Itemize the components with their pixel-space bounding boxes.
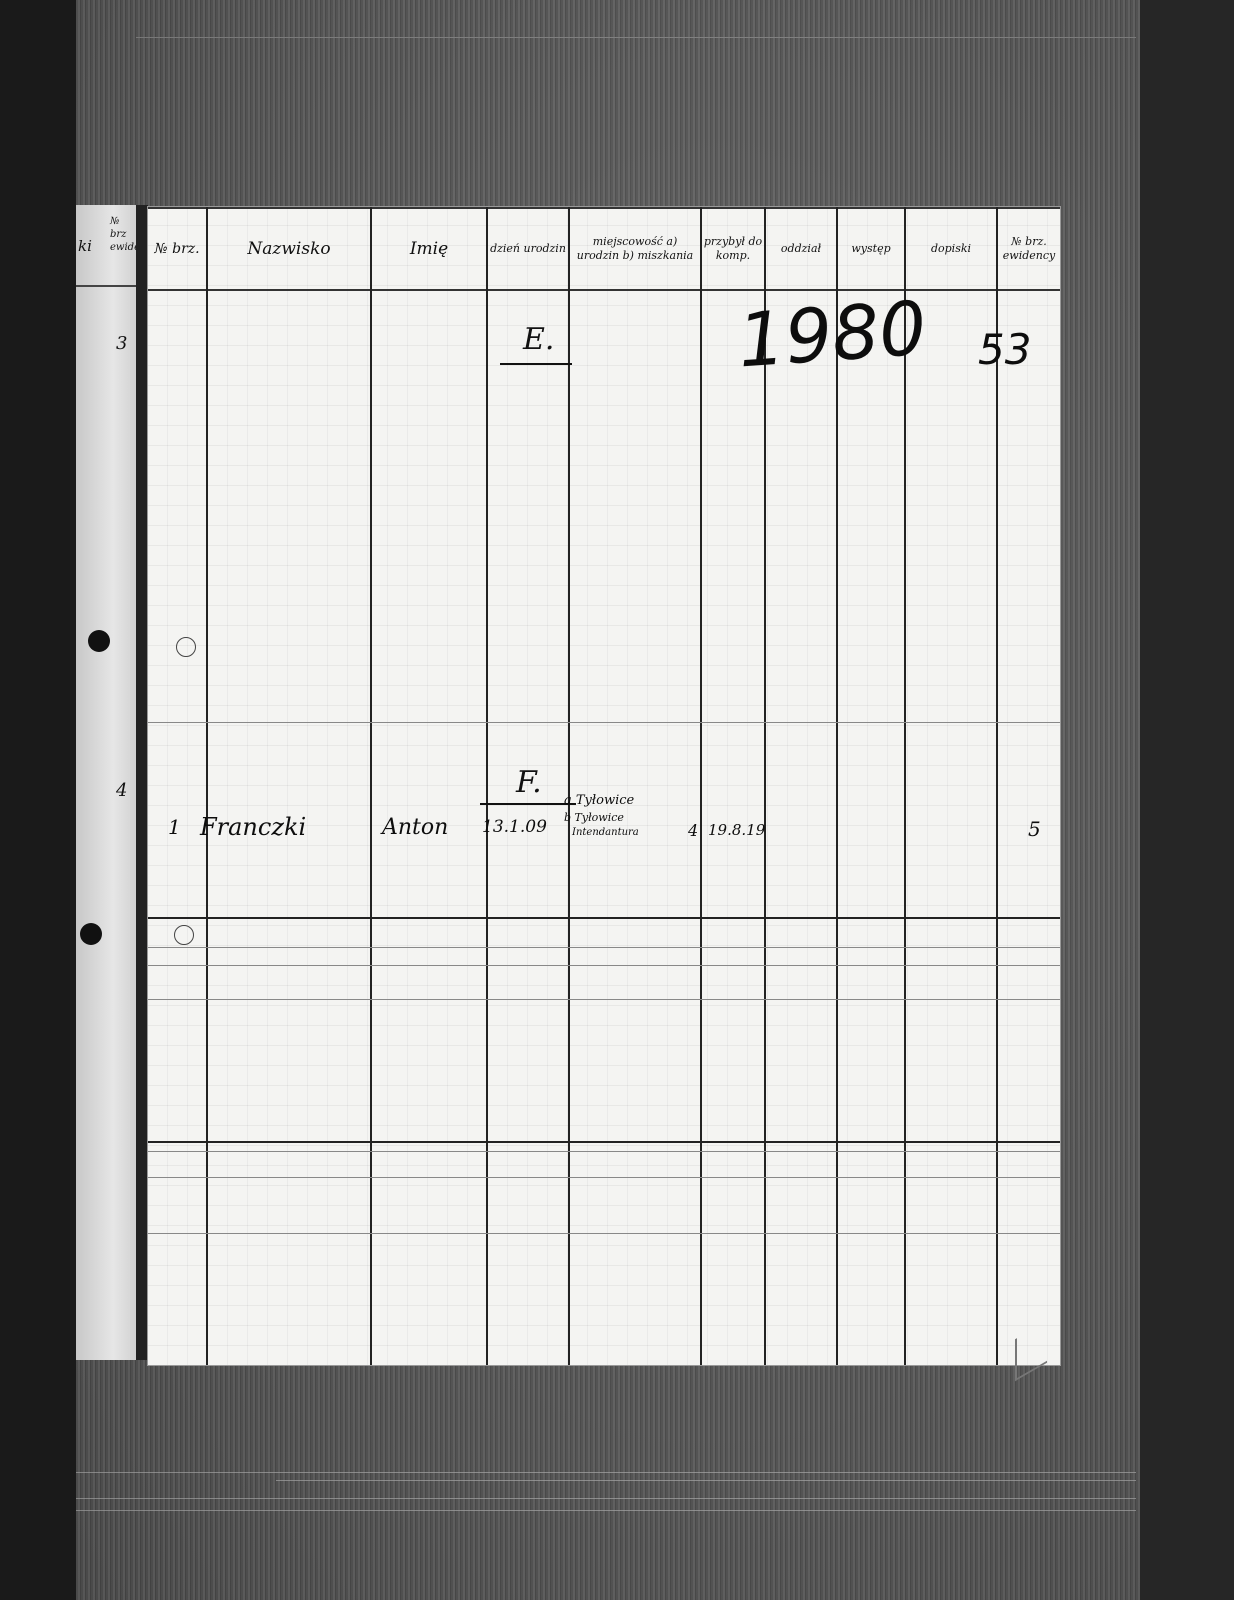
- header-unit: oddział: [766, 209, 836, 289]
- previous-page-entry: 4: [116, 780, 127, 801]
- frame-line: [136, 37, 1136, 38]
- row-divider: [148, 1177, 1060, 1178]
- column-divider: [836, 207, 838, 1365]
- cell-joined-unit: 4: [688, 821, 698, 840]
- scratch-line: [76, 1510, 1136, 1511]
- previous-page-number-label: № brz ewidency: [110, 215, 138, 254]
- cell-place-residence: b Tyłowice: [564, 811, 624, 824]
- column-divider: [370, 207, 372, 1365]
- previous-page-edge: ki № brz ewidency 3 4: [76, 205, 138, 1360]
- header-given-name: Imię: [372, 209, 486, 289]
- cell-given-name: Anton: [382, 815, 448, 840]
- header-place: miejscowość a) urodzin b) miszkania: [570, 209, 700, 289]
- row-divider: [148, 965, 1060, 966]
- row-divider: [148, 722, 1060, 723]
- row-divider: [148, 1233, 1060, 1234]
- header-joined: przybył do komp.: [702, 209, 764, 289]
- cell-place-birth: a Tyłowice: [564, 793, 634, 808]
- table-header: № brz. Nazwisko Imię dzień urodzin miejs…: [148, 207, 1060, 291]
- column-divider: [206, 207, 208, 1365]
- previous-page-col-label: ki: [78, 237, 92, 255]
- section-underline: [500, 363, 572, 365]
- scratch-line: [76, 1472, 1136, 1473]
- cell-joined-date: 19.8.19: [708, 821, 765, 839]
- column-divider: [486, 207, 488, 1365]
- scan-border-left: [0, 0, 76, 1600]
- previous-page-entry: 3: [116, 333, 127, 354]
- cell-place-extra: Intendantura: [572, 827, 639, 838]
- previous-page-header: ki № brz ewidency: [76, 205, 138, 287]
- circle-mark: [174, 925, 194, 945]
- punch-hole: [88, 630, 110, 652]
- header-birth-date: dzień urodzin: [488, 209, 568, 289]
- page-number-large: 1980: [735, 286, 929, 385]
- column-divider: [700, 207, 702, 1365]
- column-divider: [568, 207, 570, 1365]
- header-nr-evid: № brz. ewidency: [998, 209, 1060, 289]
- row-divider: [148, 999, 1060, 1000]
- cell-birth-date: 13.1.09: [482, 817, 547, 837]
- row-divider: [148, 1141, 1060, 1143]
- header-notes: dopiski: [906, 209, 996, 289]
- header-nr: № brz.: [148, 209, 206, 289]
- row-divider: [148, 947, 1060, 948]
- cell-nr: 1: [168, 815, 181, 839]
- column-divider: [904, 207, 906, 1365]
- header-surname: Nazwisko: [208, 209, 370, 289]
- column-divider: [996, 207, 998, 1365]
- punch-hole: [80, 923, 102, 945]
- cell-surname: Franczki: [200, 813, 306, 841]
- page-number-small: 53: [978, 325, 1031, 374]
- register-sheet: № brz. Nazwisko Imię dzień urodzin miejs…: [148, 207, 1060, 1365]
- cell-nr-evid: 5: [1028, 817, 1041, 841]
- row-divider: [148, 917, 1060, 919]
- binding-spine: [136, 205, 148, 1360]
- section-mark-e: E.: [523, 322, 554, 357]
- row-divider: [148, 1151, 1060, 1152]
- scratch-line: [76, 1498, 1136, 1499]
- section-mark-f: F.: [516, 765, 542, 800]
- scan-border-right: [1140, 0, 1234, 1600]
- circle-mark: [176, 637, 196, 657]
- scratch-line: [276, 1480, 1136, 1481]
- section-underline: [480, 803, 576, 805]
- header-exit: występ: [838, 209, 904, 289]
